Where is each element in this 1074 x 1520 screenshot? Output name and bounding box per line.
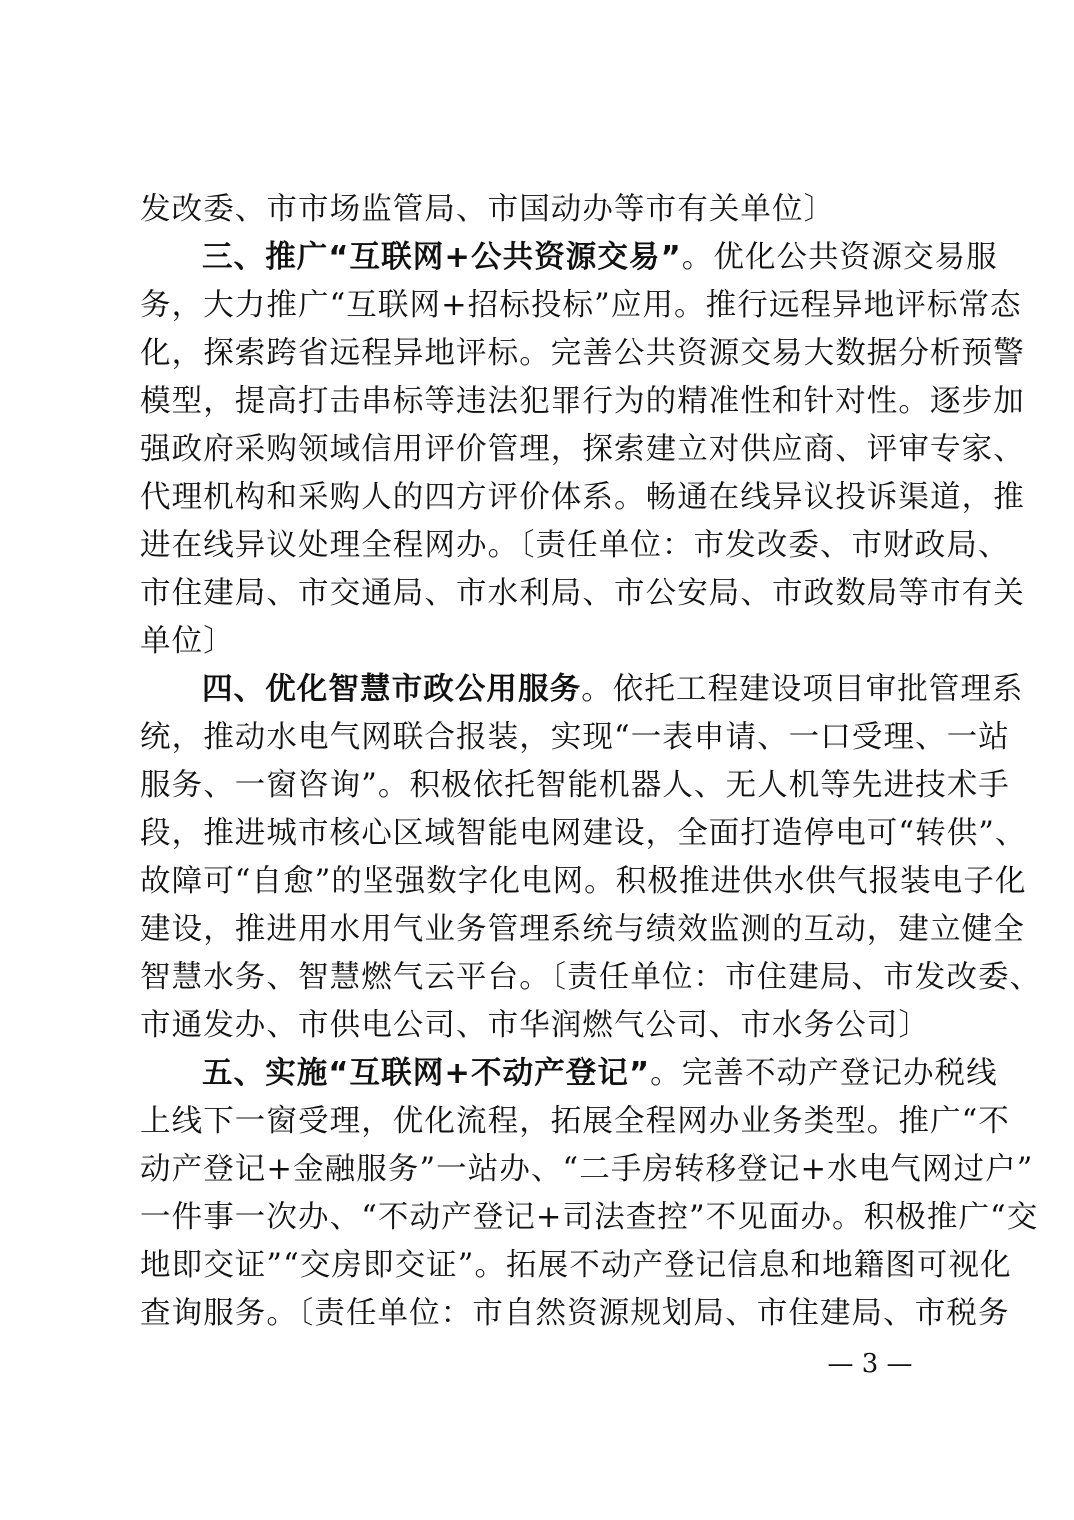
section-text: 。优化公共资源交易服 — [682, 240, 998, 275]
text-line: 地即交证”“交房即交证”。拓展不动产登记信息和地籍图可视化 — [140, 1246, 940, 1286]
text-line: 智慧水务、智慧燃气云平台。〔责任单位：市住建局、市发改委、 — [140, 958, 940, 998]
text-line: 上线下一窗受理，优化流程，拓展全程网办业务类型。推广“不 — [140, 1102, 940, 1142]
section-heading-4: 四、优化智慧市政公用服务 — [202, 672, 581, 707]
text-line: 务，大力推广“互联网+招标投标”应用。推行远程异地评标常态 — [140, 286, 940, 326]
text-line: 市通发办、市供电公司、市华润燃气公司、市水务公司〕 — [140, 1006, 940, 1046]
section-heading-line: 五、实施“互联网+不动产登记”。完善不动产登记办税线 — [140, 1054, 940, 1094]
section-heading-3: 三、推广“互联网+公共资源交易” — [202, 240, 682, 275]
text-line: 市住建局、市交通局、市水利局、市公安局、市政数局等市有关 — [140, 574, 940, 614]
section-heading-line: 三、推广“互联网+公共资源交易”。优化公共资源交易服 — [140, 238, 940, 278]
section-heading-5: 五、实施“互联网+不动产登记” — [202, 1056, 650, 1091]
text-line: 化，探索跨省远程异地评标。完善公共资源交易大数据分析预警 — [140, 334, 940, 374]
text-line: 段，推进城市核心区域智能电网建设，全面打造停电可“转供”、 — [140, 814, 940, 854]
text-line: 统，推动水电气网联合报装，实现“一表申请、一口受理、一站 — [140, 718, 940, 758]
section-text: 。完善不动产登记办税线 — [650, 1056, 998, 1091]
text-line: 模型，提高打击串标等违法犯罪行为的精准性和针对性。逐步加 — [140, 382, 940, 422]
text-line: 动产登记+金融服务”一站办、“二手房转移登记+水电气网过户” — [140, 1150, 940, 1190]
text-line: 强政府采购领域信用评价管理，探索建立对供应商、评审专家、 — [140, 430, 940, 470]
section-text: 。依托工程建设项目审批管理系 — [581, 672, 1023, 707]
text-line: 单位〕 — [140, 622, 940, 662]
text-line: 故障可“自愈”的坚强数字化电网。积极推进供水供气报装电子化 — [140, 862, 940, 902]
document-page: 发改委、市市场监管局、市国动办等市有关单位〕 三、推广“互联网+公共资源交易”。… — [0, 0, 1074, 1520]
text-line: 建设，推进用水用气业务管理系统与绩效监测的互动，建立健全 — [140, 910, 940, 950]
section-heading-line: 四、优化智慧市政公用服务。依托工程建设项目审批管理系 — [140, 670, 940, 710]
text-line: 服务、一窗咨询”。积极依托智能机器人、无人机等先进技术手 — [140, 766, 940, 806]
text-line: 代理机构和采购人的四方评价体系。畅通在线异议投诉渠道，推 — [140, 478, 940, 518]
text-line: 进在线异议处理全程网办。〔责任单位：市发改委、市财政局、 — [140, 526, 940, 566]
page-number: — 3 — — [820, 1346, 920, 1382]
text-line: 查询服务。〔责任单位：市自然资源规划局、市住建局、市税务 — [140, 1294, 940, 1334]
text-line: 一件事一次办、“不动产登记+司法查控”不见面办。积极推广“交 — [140, 1198, 940, 1238]
text-line: 发改委、市市场监管局、市国动办等市有关单位〕 — [140, 190, 940, 230]
